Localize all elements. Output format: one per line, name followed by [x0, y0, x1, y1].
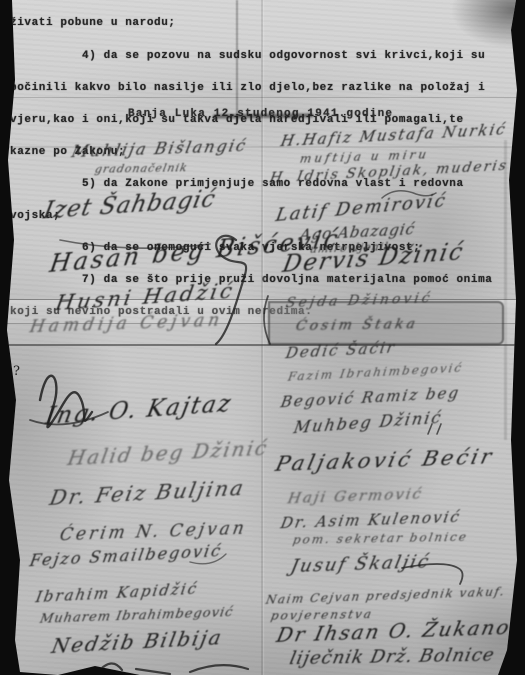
signature-right-14: Dr. Asim Kulenović [279, 508, 462, 532]
signature-right-15: Jusuf Škaljić [289, 551, 433, 577]
signature-left-8: Dr. Feiz Buljina [48, 476, 248, 510]
signature-right-13: Haji Germović [286, 484, 424, 507]
signature-left-6: Ing. O. Kajtaz [43, 391, 234, 430]
margin-question-mark: ? [13, 364, 20, 379]
signature-left-10: Fejzo Smailbegović [28, 541, 224, 570]
typed-line: počinili kakvo bilo nasilje ili zlo djel… [10, 83, 525, 94]
typed-line: 7) da se što prije pruži dovoljna materi… [10, 275, 525, 286]
signature-left-11: Ibrahim Kapidžić [34, 579, 199, 606]
signature-right-9: Fazim Ibrahimbegović [287, 361, 464, 384]
signature-left-7: Halid beg Džinić [66, 435, 271, 470]
signature-right-12: Paljaković Bećir [273, 444, 497, 476]
signature-right-10: Begović Ramiz beg [279, 384, 461, 412]
signature-right-14-title: pom. sekretar bolnice [292, 530, 469, 547]
document-photograph: živati pobune u narodu; 4) da se pozovu … [0, 0, 525, 675]
signature-left-12: Muharem Ibrahimbegović [39, 605, 235, 627]
signature-left-1-title: gradonačelnik [94, 161, 189, 176]
typed-line: 5) da Zakone primjenjuje samo redovna vl… [10, 179, 525, 190]
signature-right-17-title: liječnik Drž. Bolnice [288, 644, 497, 669]
typed-line: živati pobune u narodu; [10, 18, 525, 29]
signature-right-11: Muhbeg Džinić [292, 407, 444, 437]
paper-sheet: živati pobune u narodu; 4) da se pozovu … [0, 0, 525, 675]
typed-line: 4) da se pozovu na sudsku odgovornost sv… [10, 51, 525, 62]
signature-left-13: Nedžib Bilbija [50, 625, 226, 658]
signature-right-7: Ćosim Štaka [294, 316, 419, 334]
signature-right-16: Naim Cejvan predsjednik vakuf. [265, 585, 507, 607]
